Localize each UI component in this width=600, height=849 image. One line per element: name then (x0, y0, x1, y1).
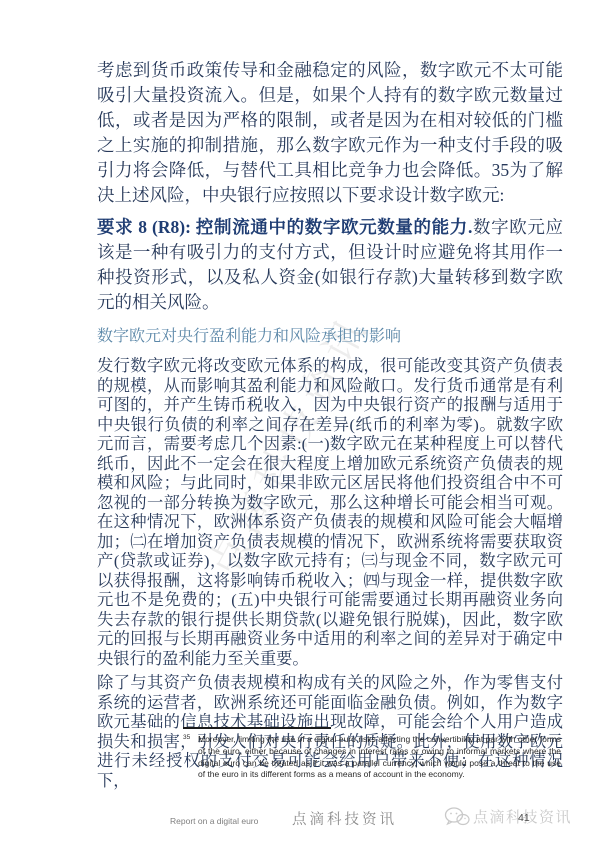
balance-sheet-paragraph: 发行数字欧元将改变欧元体系的构成，很可能改变其资产负债表的规模，从而影响其盈利能… (97, 356, 563, 668)
footer-doc-title: Report on a digital euro (170, 816, 258, 826)
wechat-logo-icon (444, 807, 470, 827)
footnote-marker: 35 (183, 732, 190, 744)
requirement-label: 要求 8 (R8): 控制流通中的数字欧元数量的能力. (97, 217, 472, 237)
page-body: 考虑到货币政策传导和金融稳定的风险，数字欧元不太可能吸引大量投资流入。但是，如果… (97, 58, 563, 795)
footnote-block: 35Moreover, limiting the use of a digita… (183, 727, 561, 781)
footnote-text: Moreover, limiting the use of a digital … (198, 734, 561, 779)
page-number: 41 (518, 812, 530, 824)
intro-paragraph: 考虑到货币政策传导和金融稳定的风险，数字欧元不太可能吸引大量投资流入。但是，如果… (97, 58, 563, 208)
footer-brand: 点滴科技资讯 (292, 808, 397, 829)
requirement-paragraph: 要求 8 (R8): 控制流通中的数字欧元数量的能力.数字欧元应该是一种有吸引力… (97, 215, 563, 315)
section-heading: 数字欧元对央行盈利能力和风险承担的影响 (97, 327, 563, 347)
footer-watermark: 点滴科技资讯 (444, 806, 572, 827)
footnote-separator (183, 727, 331, 729)
document-page: 点滴科技资讯 考虑到货币政策传导和金融稳定的风险，数字欧元不太可能吸引大量投资流… (0, 0, 600, 849)
footnote: 35Moreover, limiting the use of a digita… (183, 734, 561, 781)
